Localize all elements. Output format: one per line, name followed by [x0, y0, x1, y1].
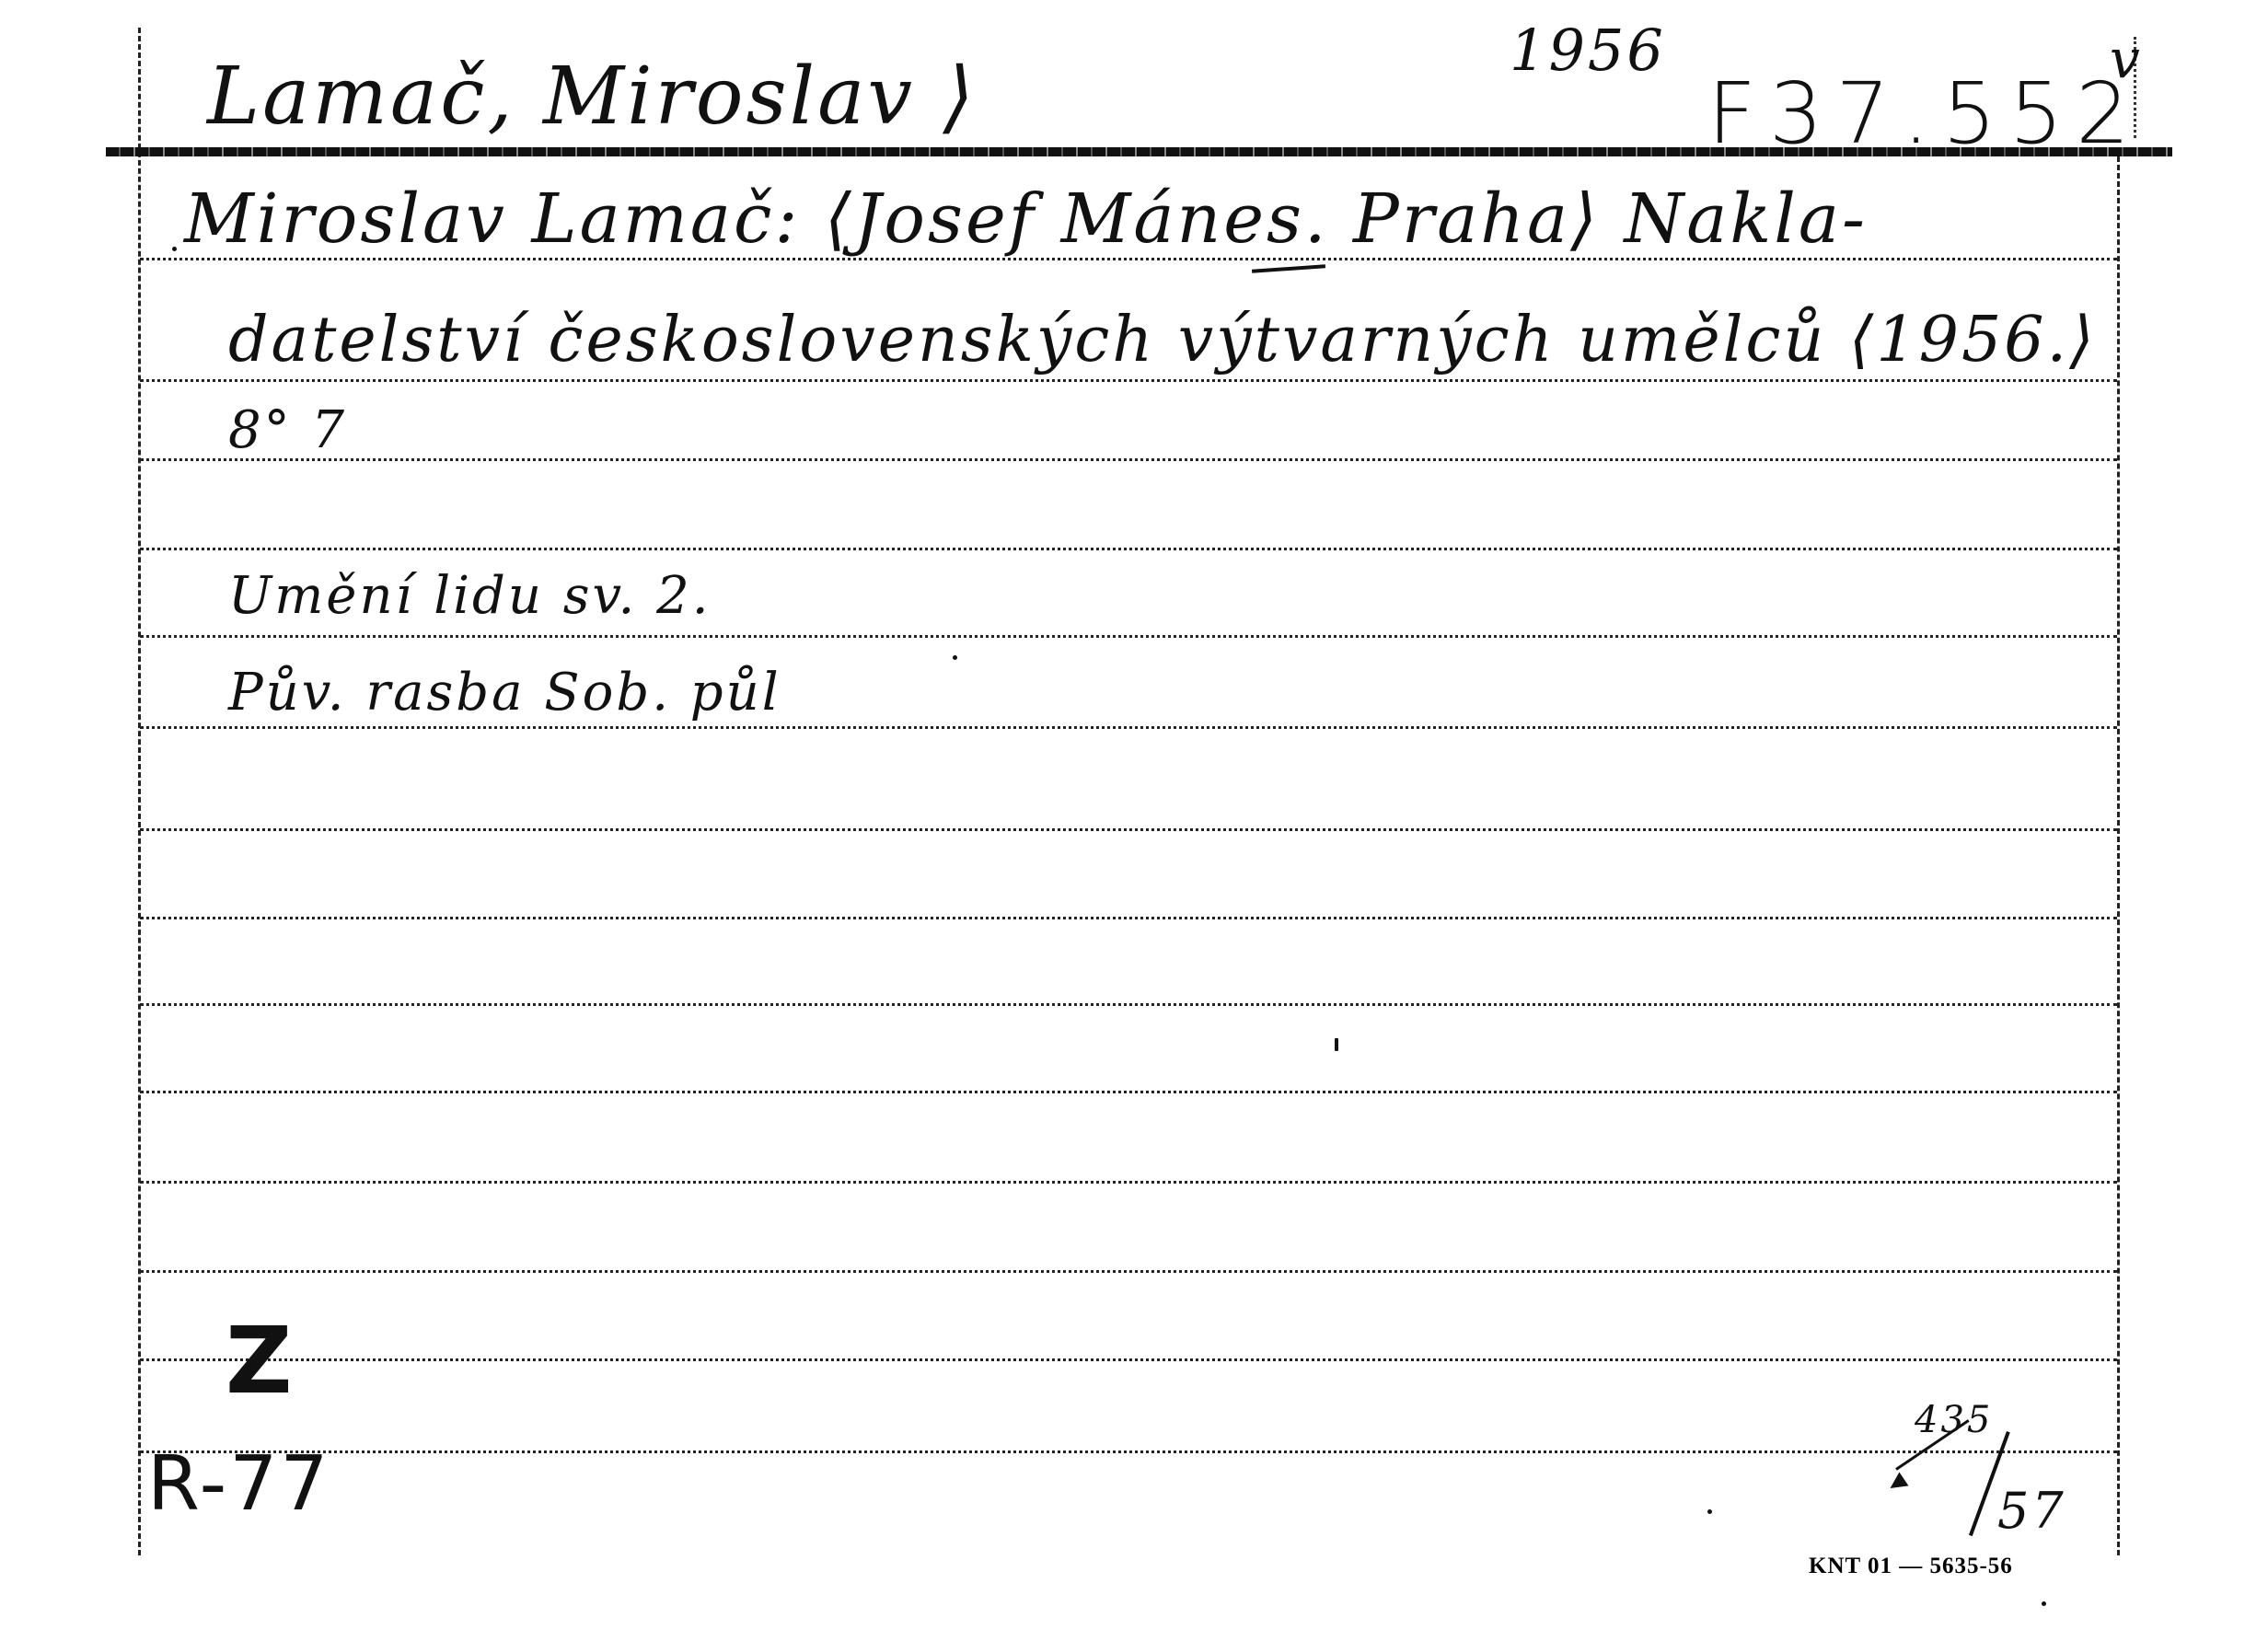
- stray-dot: [953, 655, 957, 660]
- card-left-border: [138, 28, 141, 1555]
- accession-number: 435: [1915, 1399, 1993, 1441]
- underline-mark: [1252, 264, 1325, 273]
- description-line-1: Miroslav Lamač: ⟨Josef Mánes. Praha⟩ Nak…: [184, 179, 1868, 259]
- ruled-line: [140, 917, 2117, 919]
- header-rule: [106, 147, 2172, 156]
- ruled-line: [140, 1358, 2117, 1361]
- ruled-line: [140, 1181, 2117, 1184]
- z-mark: Z: [226, 1307, 295, 1415]
- ruled-line: [140, 726, 2117, 729]
- ruled-line: [140, 635, 2117, 638]
- card-right-border: [2117, 156, 2120, 1555]
- description-line-3: 8° 7: [228, 400, 347, 460]
- bullet-dot: [172, 247, 177, 251]
- ruled-line: [140, 828, 2117, 831]
- stray-mark: [1335, 1038, 1338, 1051]
- description-line-2: datelství československých výtvarných um…: [228, 304, 2097, 376]
- check-mark: v: [2110, 28, 2143, 90]
- closing-bracket: ⟩: [943, 51, 977, 143]
- stray-dot: [2042, 1601, 2046, 1606]
- ruled-line: [140, 1450, 2117, 1453]
- ruled-line: [140, 458, 2117, 461]
- catalog-card: Lamač, Miroslav ⟩ 1956 F37.552 v Mirosla…: [0, 0, 2268, 1641]
- author-entry: Lamač, Miroslav: [207, 51, 915, 143]
- series-note: Umění lidu sv. 2.: [228, 566, 712, 626]
- heading-year: 1956: [1510, 17, 1666, 84]
- ruled-line: [140, 379, 2117, 382]
- annotation-note: Pův. rasba Sob. půl: [228, 663, 781, 722]
- author-heading: Lamač, Miroslav ⟩: [207, 51, 977, 143]
- ruled-line: [140, 1091, 2117, 1093]
- arrow-head-icon: [1886, 1473, 1909, 1496]
- printer-imprint: KNT 01 — 5635-56: [1809, 1554, 2013, 1579]
- ruled-line: [140, 1003, 2117, 1006]
- accession-suffix: 57: [1997, 1482, 2066, 1540]
- ruled-line: [140, 1270, 2117, 1273]
- shelf-mark: R-77: [147, 1440, 331, 1528]
- stray-dot: [1707, 1509, 1712, 1514]
- ruled-line: [140, 548, 2117, 550]
